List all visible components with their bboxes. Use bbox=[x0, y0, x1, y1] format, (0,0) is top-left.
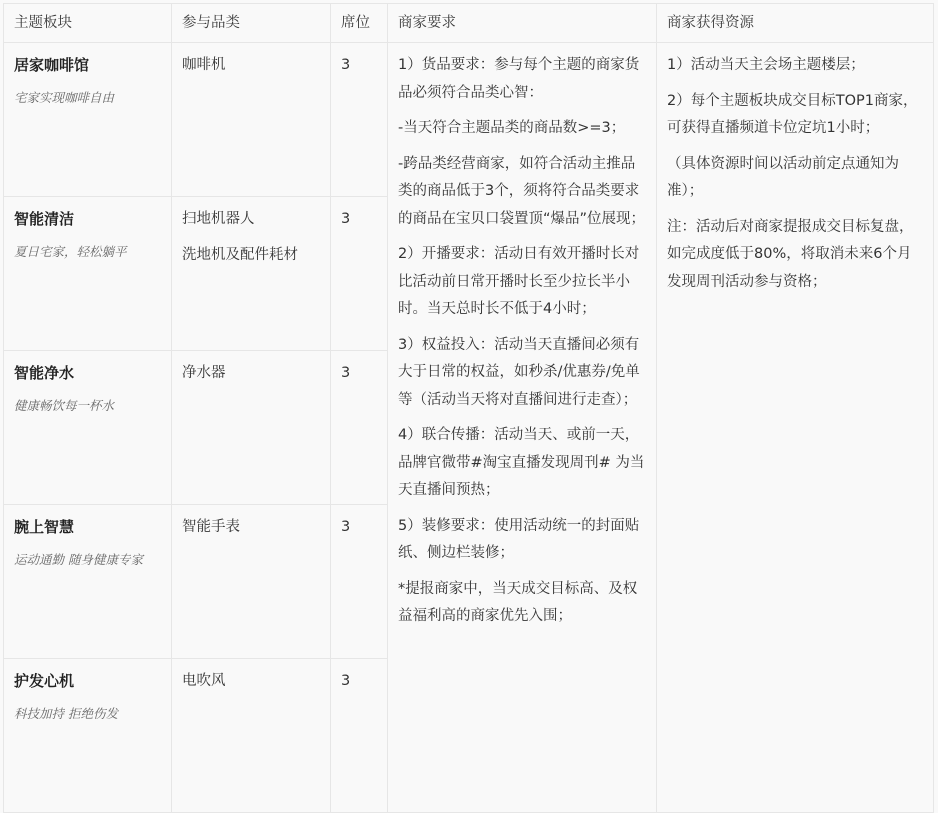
resource-item: 注：活动后对商家提报成交目标复盘，如完成度低于80%，将取消未来6个月发现周刊活… bbox=[667, 214, 923, 297]
theme-title: 护发心机 bbox=[14, 670, 161, 692]
theme-cell: 腕上智慧 运动通勤 随身健康专家 bbox=[4, 505, 172, 659]
seats-cell: 3 bbox=[331, 197, 388, 351]
seats-value: 3 bbox=[341, 365, 350, 381]
theme-subtitle: 健康畅饮每一杯水 bbox=[14, 397, 161, 415]
merchant-resources-cell: 1）活动当天主会场主题楼层； 2）每个主题板块成交目标TOP1商家，可获得直播频… bbox=[657, 43, 934, 770]
seats-cell: 3 bbox=[331, 505, 388, 659]
theme-title: 智能净水 bbox=[14, 362, 161, 384]
seats-cell: 3 bbox=[331, 659, 388, 770]
theme-title: 腕上智慧 bbox=[14, 516, 161, 538]
seats-cell: 3 bbox=[331, 43, 388, 197]
seats-value: 3 bbox=[341, 673, 350, 689]
seats-value: 3 bbox=[341, 519, 350, 535]
theme-subtitle: 科技加持 拒绝伤发 bbox=[14, 705, 161, 723]
seats-cell: 3 bbox=[331, 351, 388, 505]
category-cell: 净水器 bbox=[172, 351, 331, 505]
category-item: 电吹风 bbox=[182, 670, 320, 692]
category-item: 洗地机及配件耗材 bbox=[182, 244, 320, 266]
resource-item: 2）每个主题板块成交目标TOP1商家，可获得直播频道卡位定坑1小时； bbox=[667, 88, 923, 143]
theme-cell: 护发心机 科技加持 拒绝伤发 bbox=[4, 659, 172, 770]
header-category: 参与品类 bbox=[172, 4, 331, 43]
header-seats: 席位 bbox=[331, 4, 388, 43]
theme-subtitle: 宅家实现咖啡自由 bbox=[14, 89, 161, 107]
category-item: 智能手表 bbox=[182, 516, 320, 538]
category-cell: 扫地机器人 洗地机及配件耗材 bbox=[172, 197, 331, 351]
header-resources: 商家获得资源 bbox=[657, 4, 934, 43]
requirement-item: 2）开播要求：活动日有效开播时长对比活动前日常开播时长至少拉长半小时。当天总时长… bbox=[398, 241, 646, 324]
requirement-item: -跨品类经营商家，如符合活动主推品类的商品低于3个，须将符合品类要求的商品在宝贝… bbox=[398, 151, 646, 234]
resource-item: 1）活动当天主会场主题楼层； bbox=[667, 52, 923, 80]
requirement-item: 1）货品要求：参与每个主题的商家货品必须符合品类心智： bbox=[398, 52, 646, 107]
theme-subtitle: 运动通勤 随身健康专家 bbox=[14, 551, 161, 569]
table-row: 居家咖啡馆 宅家实现咖啡自由 咖啡机 3 1）货品要求：参与每个主题的商家货品必… bbox=[4, 43, 934, 197]
activity-requirements-table: 主题板块 参与品类 席位 商家要求 商家获得资源 居家咖啡馆 宅家实现咖啡自由 … bbox=[3, 3, 934, 769]
theme-title: 智能清洁 bbox=[14, 208, 161, 230]
resource-item: （具体资源时间以活动前定点通知为准）； bbox=[667, 151, 923, 206]
category-cell: 电吹风 bbox=[172, 659, 331, 770]
requirement-item: 4）联合传播：活动当天、或前一天，品牌官微带#淘宝直播发现周刊# 为当天直播间预… bbox=[398, 422, 646, 505]
theme-cell: 智能净水 健康畅饮每一杯水 bbox=[4, 351, 172, 505]
requirement-item: -当天符合主题品类的商品数>=3； bbox=[398, 115, 646, 143]
category-item: 咖啡机 bbox=[182, 54, 320, 76]
merchant-requirements-cell: 1）货品要求：参与每个主题的商家货品必须符合品类心智： -当天符合主题品类的商品… bbox=[388, 43, 657, 770]
theme-title: 居家咖啡馆 bbox=[14, 54, 161, 76]
seats-value: 3 bbox=[341, 211, 350, 227]
requirement-item: 3）权益投入：活动当天直播间必须有大于日常的权益，如秒杀/优惠券/免单等（活动当… bbox=[398, 332, 646, 415]
category-cell: 咖啡机 bbox=[172, 43, 331, 197]
seats-value: 3 bbox=[341, 57, 350, 73]
theme-cell: 居家咖啡馆 宅家实现咖啡自由 bbox=[4, 43, 172, 197]
header-theme: 主题板块 bbox=[4, 4, 172, 43]
theme-subtitle: 夏日宅家，轻松躺平 bbox=[14, 243, 161, 261]
category-item: 净水器 bbox=[182, 362, 320, 384]
category-cell: 智能手表 bbox=[172, 505, 331, 659]
activity-table-container: 主题板块 参与品类 席位 商家要求 商家获得资源 居家咖啡馆 宅家实现咖啡自由 … bbox=[3, 3, 933, 769]
category-item: 扫地机器人 bbox=[182, 208, 320, 230]
theme-cell: 智能清洁 夏日宅家，轻松躺平 bbox=[4, 197, 172, 351]
header-requirements: 商家要求 bbox=[388, 4, 657, 43]
requirement-item: 5）装修要求：使用活动统一的封面贴纸、侧边栏装修； bbox=[398, 513, 646, 568]
requirement-item: *提报商家中，当天成交目标高、及权益福利高的商家优先入围； bbox=[398, 576, 646, 631]
table-header-row: 主题板块 参与品类 席位 商家要求 商家获得资源 bbox=[4, 4, 934, 43]
